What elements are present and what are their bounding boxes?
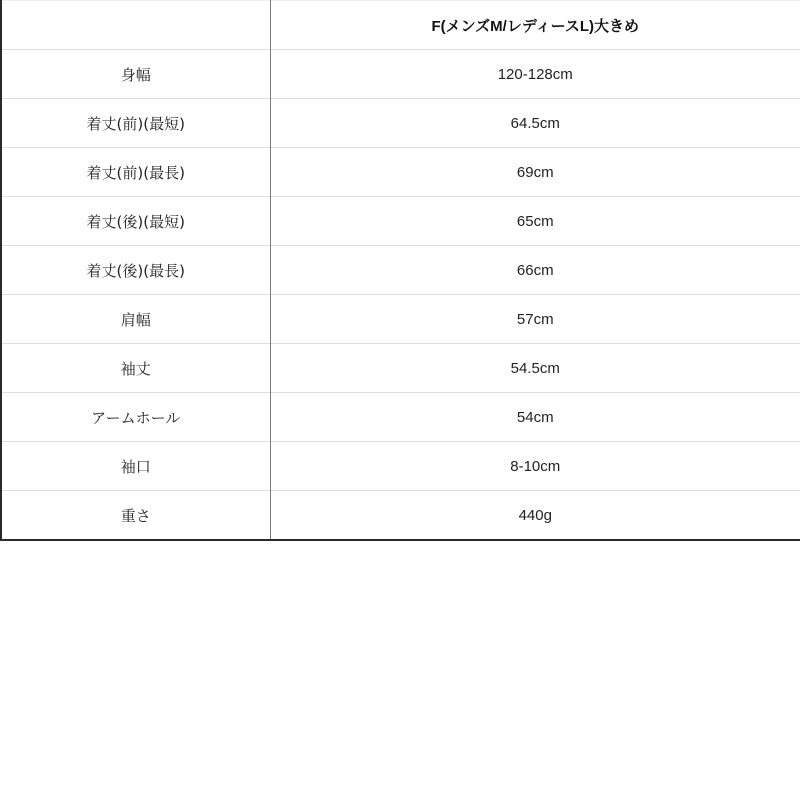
table-row: 着丈(前)(最長) 69cm: [1, 148, 800, 197]
row-value: 54.5cm: [270, 344, 800, 393]
size-chart-table: F(メンズM/レディースL)大きめ 身幅 120-128cm 着丈(前)(最短)…: [0, 0, 800, 541]
row-value: 69cm: [270, 148, 800, 197]
row-label: 袖口: [1, 442, 270, 491]
table-row: 着丈(後)(最短) 65cm: [1, 197, 800, 246]
row-label: アームホール: [1, 393, 270, 442]
table-row: 身幅 120-128cm: [1, 50, 800, 99]
row-value: 8-10cm: [270, 442, 800, 491]
row-label: 重さ: [1, 491, 270, 541]
row-label: 着丈(後)(最短): [1, 197, 270, 246]
table-row: 着丈(後)(最長) 66cm: [1, 246, 800, 295]
table-row: 袖丈 54.5cm: [1, 344, 800, 393]
row-label: 袖丈: [1, 344, 270, 393]
row-value: 120-128cm: [270, 50, 800, 99]
row-label: 肩幅: [1, 295, 270, 344]
header-label-cell: [1, 1, 270, 50]
header-row: F(メンズM/レディースL)大きめ: [1, 1, 800, 50]
row-label: 着丈(後)(最長): [1, 246, 270, 295]
header-size-cell: F(メンズM/レディースL)大きめ: [270, 1, 800, 50]
row-value: 66cm: [270, 246, 800, 295]
row-label: 身幅: [1, 50, 270, 99]
table-row: アームホール 54cm: [1, 393, 800, 442]
row-value: 57cm: [270, 295, 800, 344]
row-label: 着丈(前)(最短): [1, 99, 270, 148]
table-row: 重さ 440g: [1, 491, 800, 541]
row-label: 着丈(前)(最長): [1, 148, 270, 197]
row-value: 64.5cm: [270, 99, 800, 148]
row-value: 54cm: [270, 393, 800, 442]
table-row: 肩幅 57cm: [1, 295, 800, 344]
table-row: 袖口 8-10cm: [1, 442, 800, 491]
row-value: 440g: [270, 491, 800, 541]
table-row: 着丈(前)(最短) 64.5cm: [1, 99, 800, 148]
row-value: 65cm: [270, 197, 800, 246]
